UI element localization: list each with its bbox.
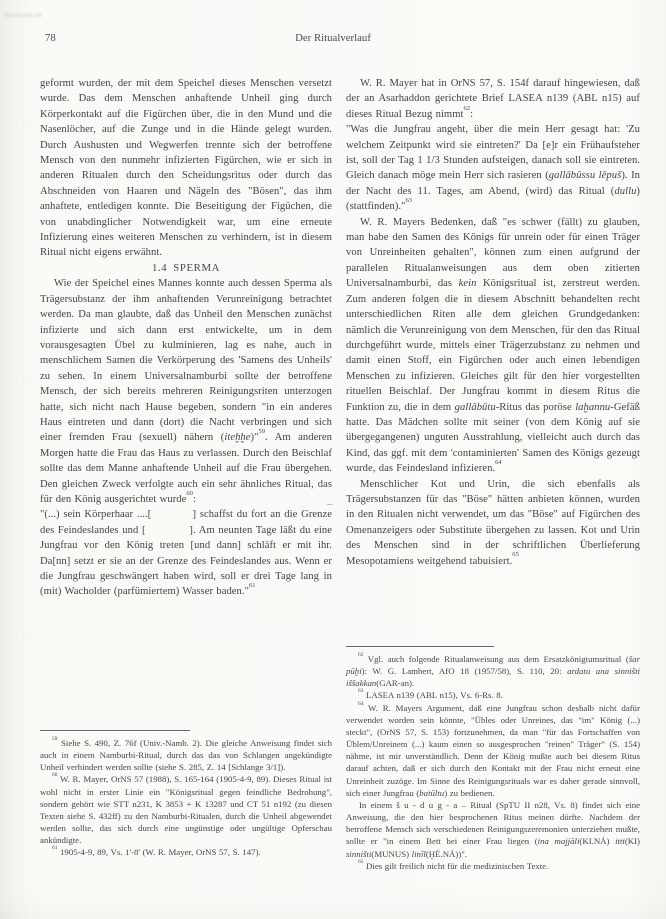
footnote-65: 65 Dies gilt freilich nicht für die medi… xyxy=(346,860,640,872)
right-paragraph-2: W. R. Mayers Bedenken, daß "es schwer (f… xyxy=(346,215,640,477)
margin-annotation-dash: – xyxy=(327,498,333,510)
page-header: 78 Der Ritualverlauf xyxy=(0,32,666,48)
footnote-59: 59 Siehe S. 490, Z. 76f (Univ.-Namb. 2).… xyxy=(40,737,332,773)
right-block-quote: "Was die Jungfrau angeht, über die mein … xyxy=(346,122,640,214)
right-footnote-block: 62 Vgl. auch folgende Ritualanweisung au… xyxy=(346,646,640,872)
book-page: 00020200.98 78 Der Ritualverlauf geformt… xyxy=(0,0,666,919)
footnote-62: 62 Vgl. auch folgende Ritualanweisung au… xyxy=(346,653,640,689)
scan-artifact-mark: 00020200.98 xyxy=(5,13,42,19)
footnote-rule-left xyxy=(40,730,190,731)
left-paragraph-1: geformt wurden, der mit dem Speichel die… xyxy=(40,76,332,261)
section-heading: 1.4 SPERMA xyxy=(40,261,332,276)
footnote-64: 64 W. R. Mayers Argument, daß eine Jungf… xyxy=(346,702,640,860)
footnote-63: 63 LASEA n139 (ABL n15), Vs. 6-Rs. 8. xyxy=(346,689,640,701)
right-paragraph-1: W. R. Mayer hat in OrNS 57, S. 154f dara… xyxy=(346,76,640,122)
left-column: geformt wurden, der mit dem Speichel die… xyxy=(40,76,332,600)
left-footnote-block: 59 Siehe S. 490, Z. 76f (Univ.-Namb. 2).… xyxy=(40,730,332,859)
footnote-60: 60 W. R. Mayer, OrNS 57 (1988), S. 165-1… xyxy=(40,773,332,846)
left-block-quote: "(...) sein Körperhaar ....[ ] schaffst … xyxy=(40,507,332,599)
footnote-61: 61 1905-4-9, 89, Vs. 1'-8' (W. R. Mayer,… xyxy=(40,846,332,858)
footnote-rule-right xyxy=(346,646,494,647)
running-title: Der Ritualverlauf xyxy=(0,32,666,44)
left-paragraph-2: Wie der Speichel eines Mannes konnte auc… xyxy=(40,276,332,507)
right-column: W. R. Mayer hat in OrNS 57, S. 154f dara… xyxy=(346,76,640,569)
right-paragraph-3: Menschlicher Kot und Urin, die sich eben… xyxy=(346,477,640,569)
